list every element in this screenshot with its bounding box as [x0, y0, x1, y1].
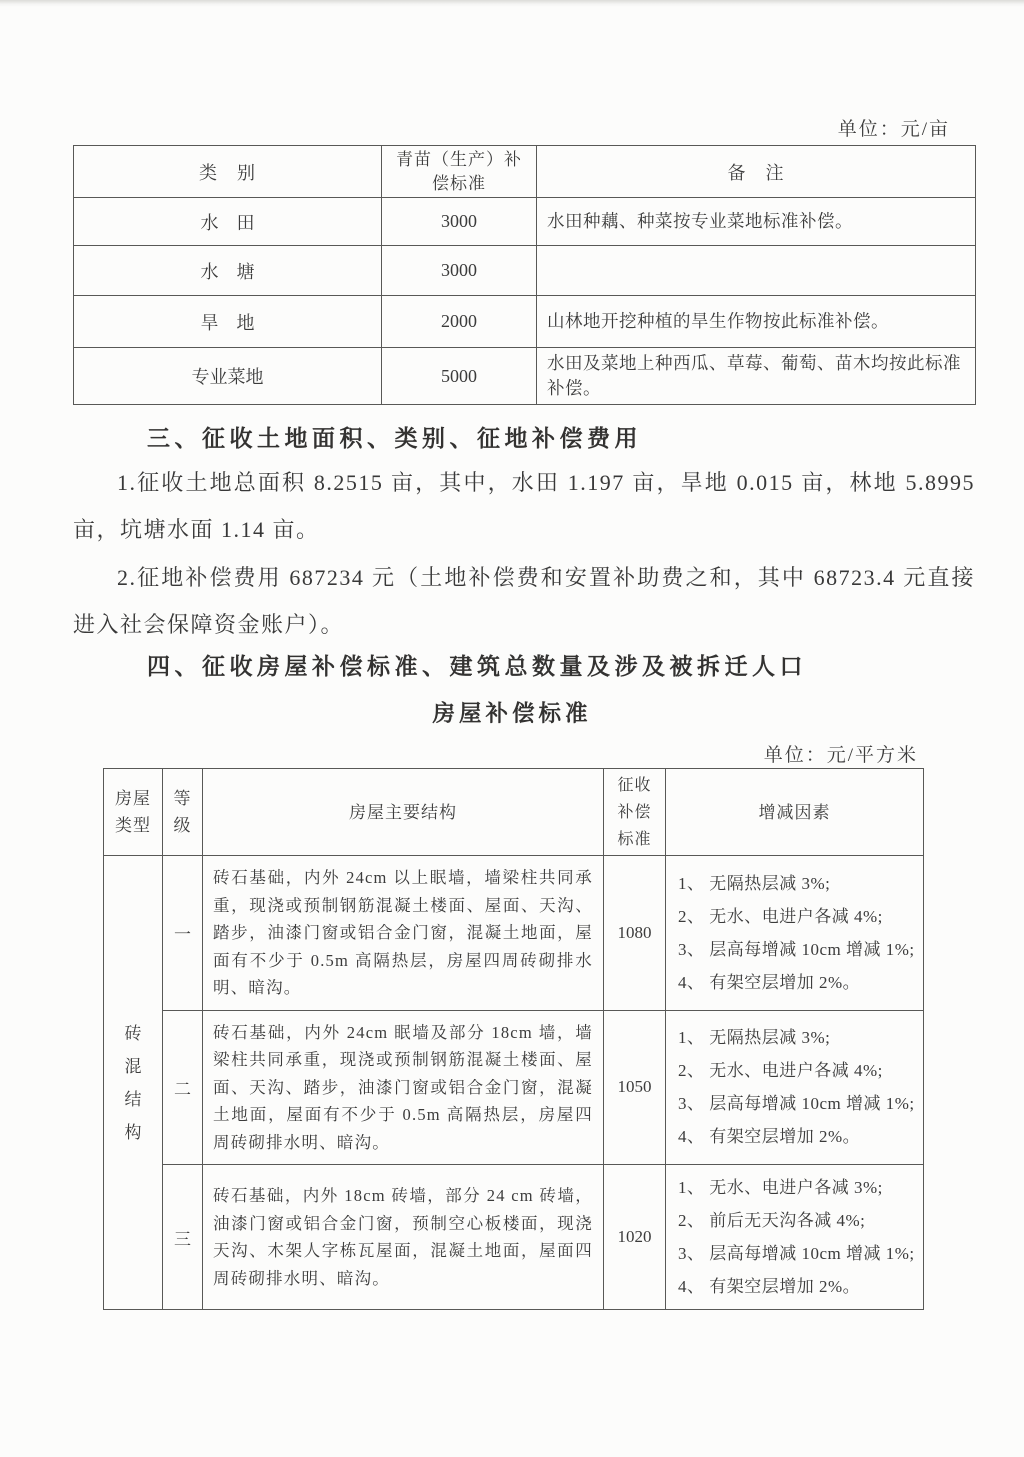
table-row: 专业菜地 5000 水田及菜地上种西瓜、草莓、葡萄、苗木均按此标准补偿。 [74, 348, 976, 405]
table-row: 二 砖石基础，内外 24cm 眠墙及部分 18cm 墙，墙梁柱共同承重，现浇或预… [104, 1010, 924, 1165]
standard-cell: 3000 [382, 246, 537, 296]
factor-item: 1、 无隔热层减 3%; [678, 1021, 919, 1054]
table1-header-remark: 备 注 [537, 146, 976, 198]
section-four-heading: 四、征收房屋补偿标准、建筑总数量及涉及被拆迁人口 [147, 648, 807, 681]
structure-cell: 砖石基础，内外 24cm 眠墙及部分 18cm 墙，墙梁柱共同承重，现浇或预制钢… [203, 1010, 604, 1165]
document-page: 单位：元/亩 类 别 青苗（生产）补 偿标准 备 注 水 田 3000 水田种藕… [0, 0, 1024, 1457]
house-compensation-subtitle: 房屋补偿标准 [0, 696, 1024, 728]
structure-cell: 砖石基础，内外 24cm 以上眠墙，墙梁柱共同承重，现浇或预制钢筋混凝土楼面、屋… [203, 856, 604, 1011]
factor-item: 3、 层高每增减 10cm 增减 1%; [678, 1087, 919, 1120]
factor-item: 1、 无水、电进户各减 3%; [678, 1171, 919, 1204]
grade-cell: 一 [163, 856, 203, 1011]
standard-cell: 3000 [382, 198, 537, 246]
table-row: 旱 地 2000 山林地开挖种植的旱生作物按此标准补偿。 [74, 296, 976, 348]
standard-cell: 1080 [604, 856, 666, 1011]
land-area-paragraph: 1.征收土地总面积 8.2515 亩，其中，水田 1.197 亩，旱地 0.01… [73, 459, 975, 553]
table1-unit-label: 单位：元/亩 [838, 114, 950, 141]
table-row: 砖 混 结 构 一 砖石基础，内外 24cm 以上眠墙，墙梁柱共同承重，现浇或预… [104, 856, 924, 1011]
table1-header-row: 类 别 青苗（生产）补 偿标准 备 注 [74, 146, 976, 198]
house-type-cell: 砖 混 结 构 [104, 856, 163, 1310]
table-row: 水 田 3000 水田种藕、种菜按专业菜地标准补偿。 [74, 198, 976, 246]
compensation-fee-paragraph: 2.征地补偿费用 687234 元（土地补偿费和安置补助费之和，其中 68723… [73, 554, 975, 648]
standard-cell: 5000 [382, 348, 537, 405]
category-cell: 专业菜地 [74, 348, 382, 405]
factor-item: 4、 有架空层增加 2%。 [678, 1270, 919, 1303]
table2-header-structure: 房屋主要结构 [203, 769, 604, 856]
table2-header-house-type: 房屋 类型 [104, 769, 163, 856]
factors-cell: 1、 无隔热层减 3%; 2、 无水、电进户各减 4%; 3、 层高每增减 10… [666, 856, 924, 1011]
factor-item: 1、 无隔热层减 3%; [678, 867, 919, 900]
standard-cell: 1050 [604, 1010, 666, 1165]
factors-cell: 1、 无隔热层减 3%; 2、 无水、电进户各减 4%; 3、 层高每增减 10… [666, 1010, 924, 1165]
category-cell: 水 田 [74, 198, 382, 246]
scan-edge-artifact [0, 0, 1024, 7]
remark-cell: 山林地开挖种植的旱生作物按此标准补偿。 [537, 296, 976, 348]
table2-header-row: 房屋 类型 等 级 房屋主要结构 征收 补偿 标准 增减因素 [104, 769, 924, 856]
factor-item: 3、 层高每增减 10cm 增减 1%; [678, 933, 919, 966]
structure-cell: 砖石基础，内外 18cm 砖墙，部分 24 cm 砖墙，油漆门窗或铝合金门窗，预… [203, 1165, 604, 1310]
table2-header-grade: 等 级 [163, 769, 203, 856]
crop-compensation-table: 类 别 青苗（生产）补 偿标准 备 注 水 田 3000 水田种藕、种菜按专业菜… [73, 145, 976, 405]
standard-cell: 1020 [604, 1165, 666, 1310]
factor-item: 2、 前后无天沟各减 4%; [678, 1204, 919, 1237]
house-compensation-table: 房屋 类型 等 级 房屋主要结构 征收 补偿 标准 增减因素 砖 混 结 构 一… [103, 768, 924, 1310]
table-row: 三 砖石基础，内外 18cm 砖墙，部分 24 cm 砖墙，油漆门窗或铝合金门窗… [104, 1165, 924, 1310]
remark-cell: 水田种藕、种菜按专业菜地标准补偿。 [537, 198, 976, 246]
grade-cell: 三 [163, 1165, 203, 1310]
remark-cell [537, 246, 976, 296]
factor-item: 4、 有架空层增加 2%。 [678, 966, 919, 999]
remark-cell: 水田及菜地上种西瓜、草莓、葡萄、苗木均按此标准补偿。 [537, 348, 976, 405]
factors-cell: 1、 无水、电进户各减 3%; 2、 前后无天沟各减 4%; 3、 层高每增减 … [666, 1165, 924, 1310]
factor-item: 2、 无水、电进户各减 4%; [678, 900, 919, 933]
factor-item: 2、 无水、电进户各减 4%; [678, 1054, 919, 1087]
section-three-heading: 三、征收土地面积、类别、征地补偿费用 [147, 420, 642, 453]
grade-cell: 二 [163, 1010, 203, 1165]
standard-cell: 2000 [382, 296, 537, 348]
category-cell: 水 塘 [74, 246, 382, 296]
table2-header-factors: 增减因素 [666, 769, 924, 856]
table1-header-category: 类 别 [74, 146, 382, 198]
category-cell: 旱 地 [74, 296, 382, 348]
table1-header-standard: 青苗（生产）补 偿标准 [382, 146, 537, 198]
factor-item: 4、 有架空层增加 2%。 [678, 1120, 919, 1153]
factor-item: 3、 层高每增减 10cm 增减 1%; [678, 1237, 919, 1270]
table-row: 水 塘 3000 [74, 246, 976, 296]
table2-header-standard: 征收 补偿 标准 [604, 769, 666, 856]
table2-unit-label: 单位：元/平方米 [764, 740, 918, 767]
